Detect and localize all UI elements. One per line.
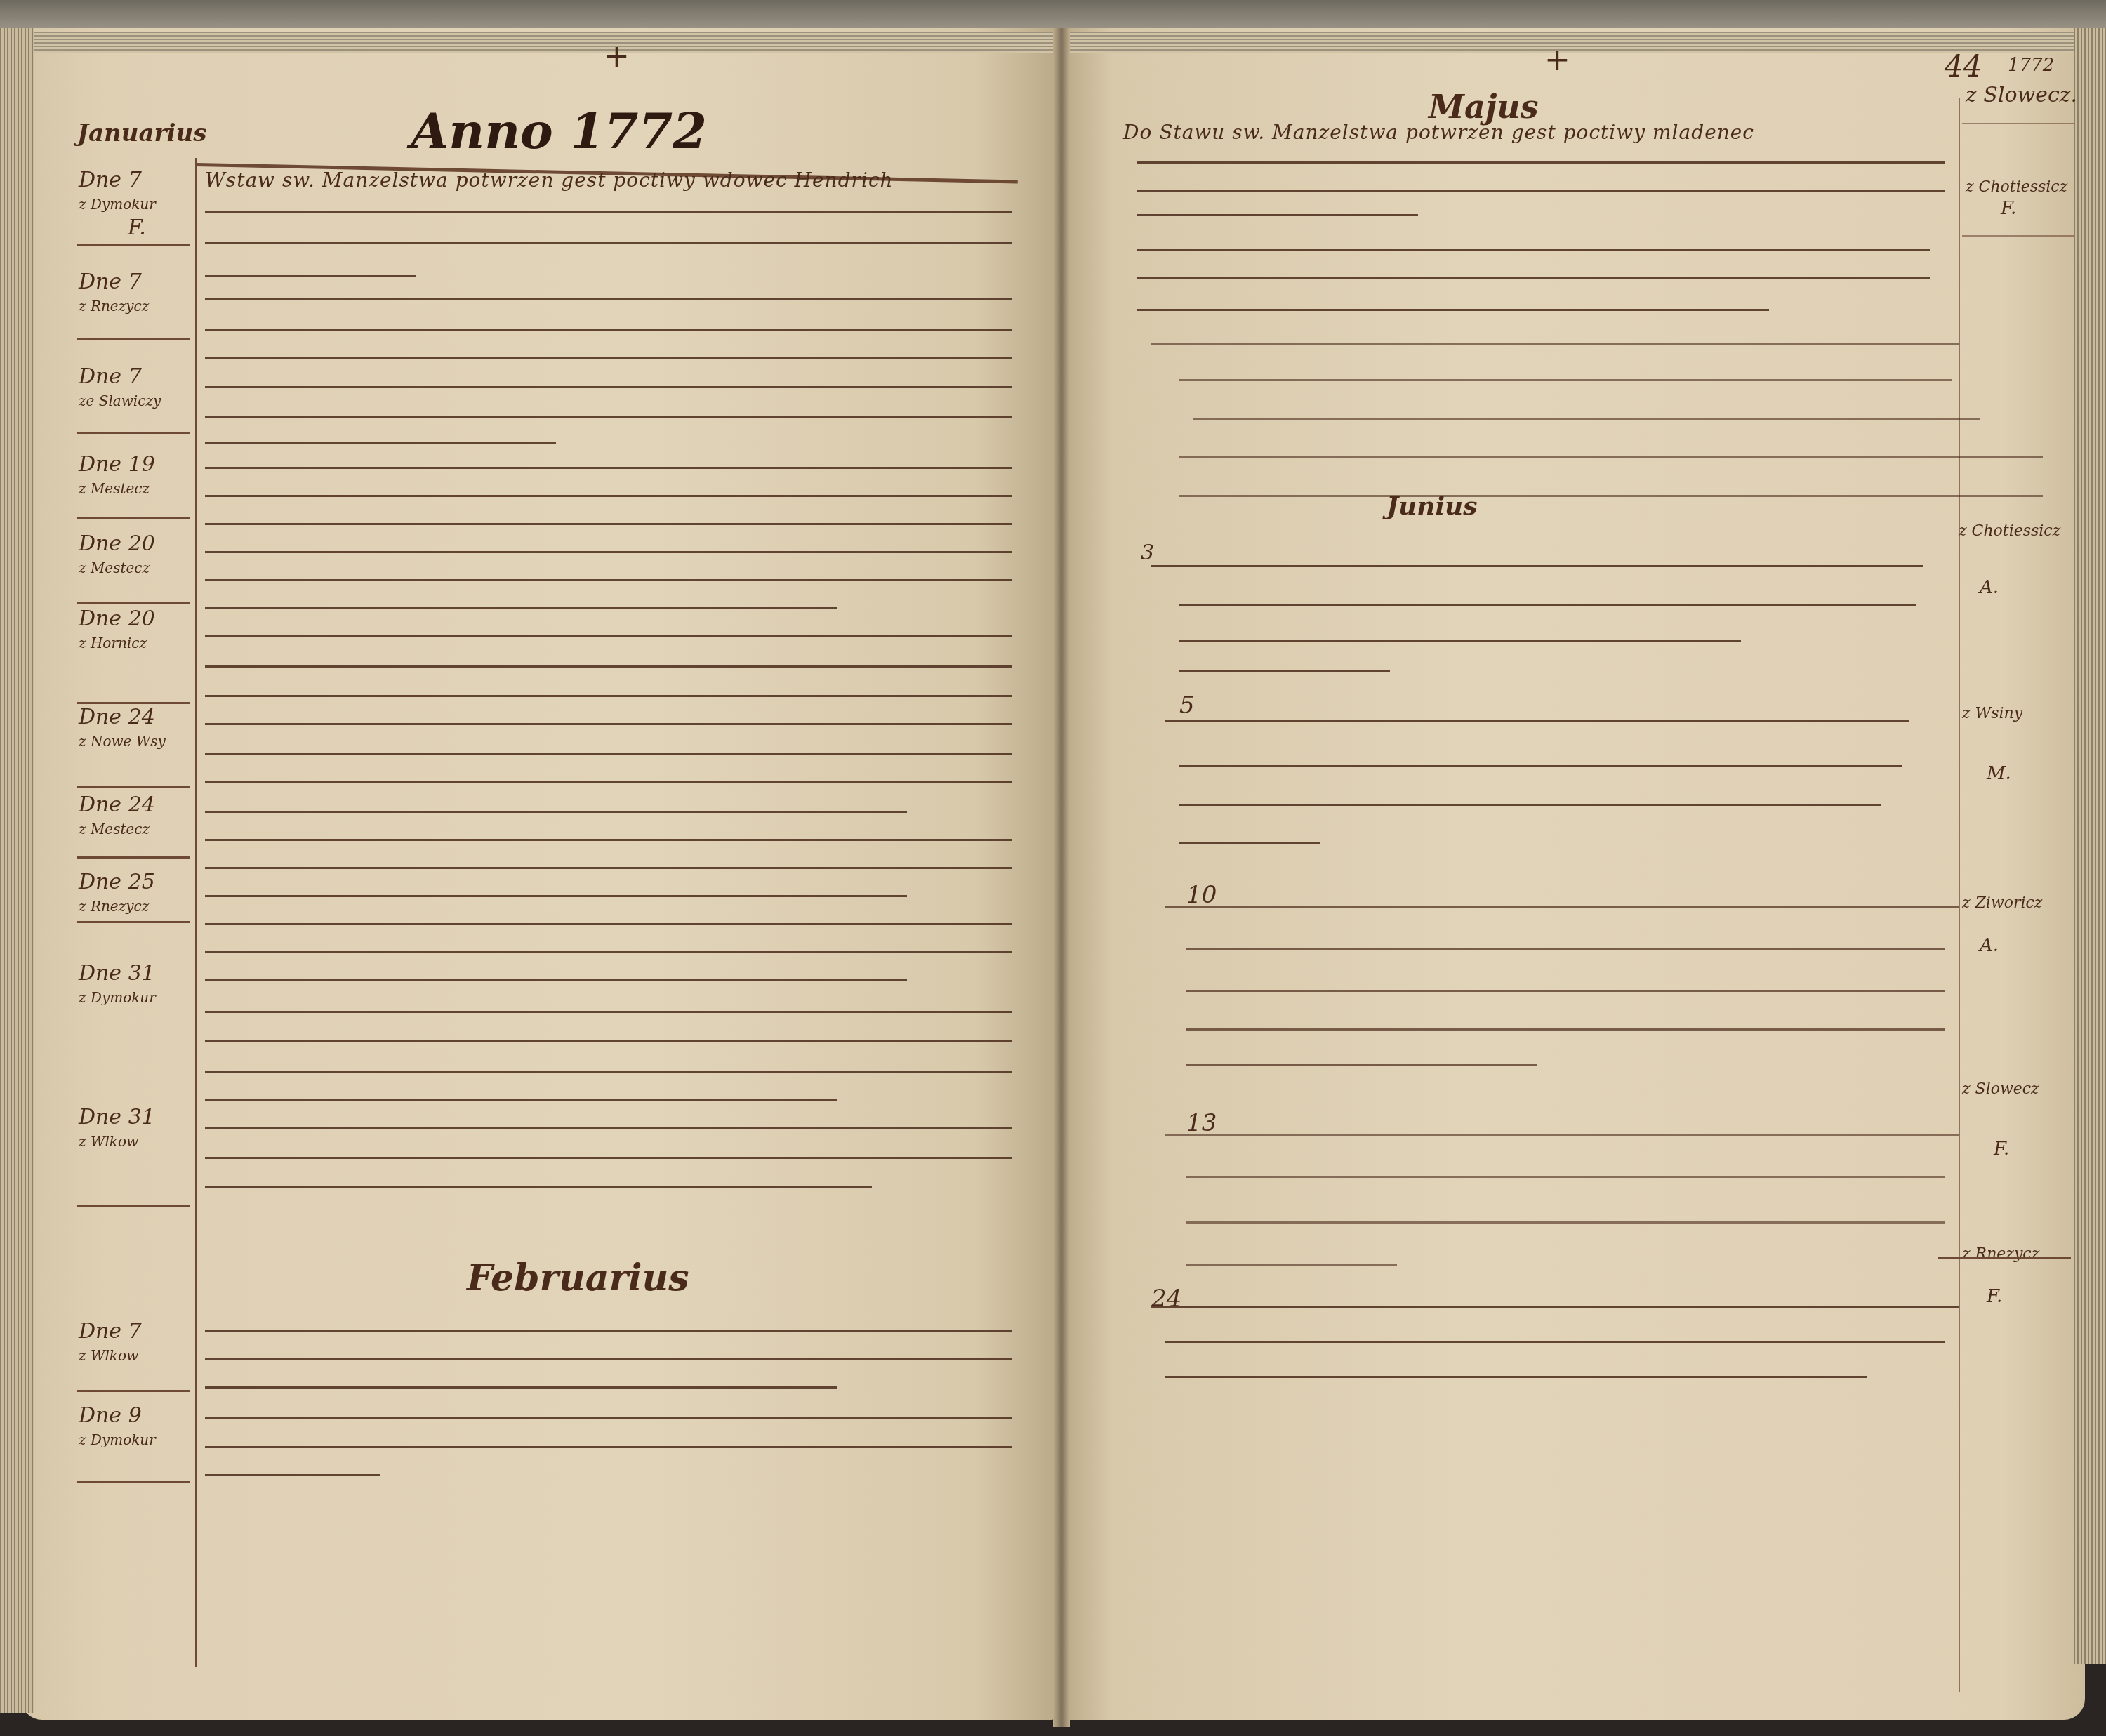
left-margin-rule [195, 158, 197, 1667]
right-page [1061, 28, 2085, 1720]
margin-entry: Dne 7ze Slawiczy [79, 365, 161, 413]
entry-separator [77, 1481, 190, 1483]
day-marker: 24 [1151, 1285, 1181, 1313]
corner-note: 1772 [2008, 55, 2054, 76]
margin-entry: Dne 7z DymokurF. [79, 168, 156, 240]
entry-separator [77, 1390, 190, 1392]
open-register-book: + Anno 1772 Januarius Dne 7z DymokurF. D… [0, 0, 2106, 1736]
margin-entry: Dne 31z Dymokur [79, 962, 156, 1009]
right-margin-head: z Slowecz. [1966, 83, 2077, 107]
margin-entry: Dne 7z Rnezycz [79, 270, 149, 318]
entry-separator [77, 856, 190, 859]
right-margin-separator [1962, 235, 2074, 237]
margin-entry: Dne 7z Wlkow [79, 1320, 142, 1367]
entry-separator [77, 244, 190, 246]
entry-separator [77, 517, 190, 519]
right-page-mark: + [1544, 42, 1570, 78]
day-marker: 3 [1141, 541, 1154, 565]
page-number: 44 [1945, 49, 1982, 84]
right-margin-rule [1959, 98, 1960, 1692]
month-majus: Majus [1429, 88, 1539, 126]
entry-separator [77, 921, 190, 923]
left-page-title: Anno 1772 [411, 102, 707, 160]
right-margin-separator [1938, 1257, 2071, 1259]
entry-separator [77, 602, 190, 604]
margin-entry: Dne 20z Hornicz [79, 607, 155, 655]
margin-entry: Dne 31z Wlkow [79, 1106, 155, 1153]
right-margin-separator [1962, 123, 2074, 124]
day-marker: 13 [1186, 1109, 1217, 1137]
entry-separator [77, 432, 190, 434]
margin-entry: Dne 20z Mestecz [79, 532, 155, 580]
entry-separator [77, 338, 190, 340]
page-edges-right [2074, 28, 2106, 1664]
month-junius: Junius [1386, 491, 1478, 521]
day-marker: 10 [1186, 881, 1217, 909]
day-marker: 5 [1179, 691, 1195, 720]
entry-separator [77, 786, 190, 788]
month-februarius: Februarius [467, 1257, 689, 1299]
left-first-line-start: Wstaw sw. Manzelstwa potwrzen gest pocti… [205, 168, 894, 192]
margin-entry: Dne 24z Nowe Wsy [79, 705, 166, 753]
entry-separator [77, 1205, 190, 1207]
margin-entry: Dne 9z Dymokur [79, 1404, 156, 1452]
left-page [21, 28, 1059, 1720]
margin-entry: Dne 24z Mestecz [79, 793, 155, 841]
right-first-line-start: Do Stawu sw. Manzelstwa potwrzen gest po… [1123, 121, 1754, 144]
margin-entry: Dne 25z Rnezycz [79, 870, 155, 918]
month-januarius: Januarius [77, 119, 206, 147]
page-edges-left [0, 28, 34, 1713]
left-page-mark: + [604, 39, 630, 74]
entry-separator [77, 702, 190, 704]
margin-entry: Dne 19z Mestecz [79, 453, 155, 501]
book-gutter [1053, 28, 1070, 1727]
